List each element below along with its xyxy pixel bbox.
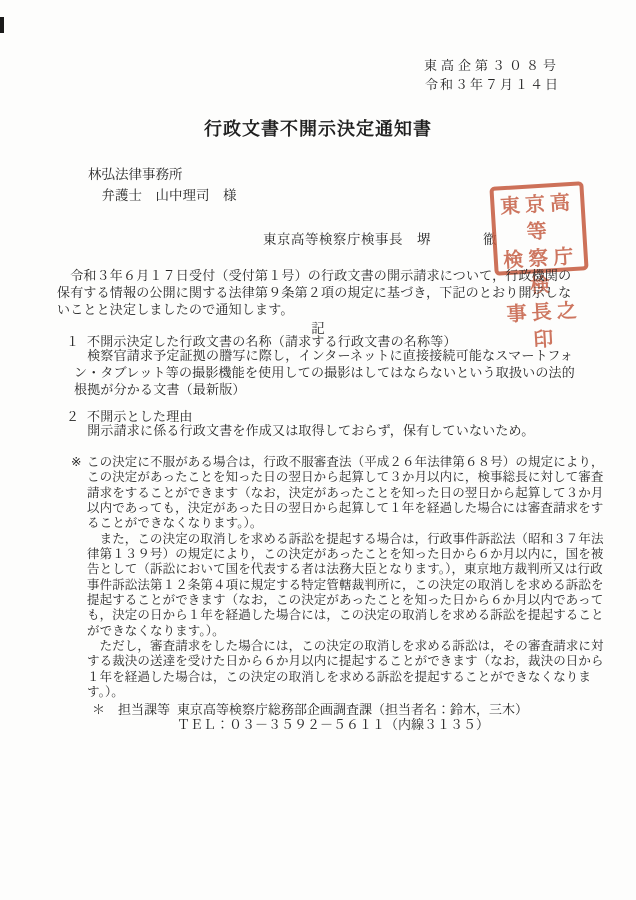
contact-marker: ＊ [92,703,118,733]
doc-date: 令和３年７月１４日 [425,76,560,95]
item-1-body: 検察官請求予定証拠の謄写に際し，インターネットに直接接続可能なスマートフォ ン・… [74,348,575,400]
document-page: 東高企第３０８号 令和３年７月１４日 行政文書不開示決定通知書 林弘法律事務所 … [0,0,636,900]
official-red-seal: 東京高等 検察庁検 事長之印 [489,181,588,276]
doc-number: 東高企第３０８号 [424,57,560,76]
contact-row: ＊ 担当課等 東京高等検察庁総務部企画調査課（担当者名：鈴木，三木）ＴＥＬ：０３… [92,703,528,733]
contact-details: 東京高等検察庁総務部企画調査課（担当者名：鈴木，三木）ＴＥＬ：０３－３５９２－５… [177,703,528,733]
contact-tel: ＴＥＬ：０３－３５９２－５６１１（内線３１３５） [177,718,489,733]
item-2-body: 開示請求に係る行政文書を作成又は取得しておらず，保有していないため。 [74,423,534,440]
scan-artifact [0,17,4,33]
addressee-block: 林弘法律事務所 弁護士 山中理司 様 [88,165,237,207]
appeal-note-text: この決定に不服がある場合は，行政不服審査法（平成２６年法律第６８号）の規定により… [87,454,604,700]
contact-office: 東京高等検察庁総務部企画調査課（担当者名：鈴木，三木） [177,703,528,718]
note-marker: ※ [71,454,81,469]
opening-paragraph: 令和３年６月１７日受付（受付第１号）の行政文書の開示請求について，行政機関の 保… [57,268,571,320]
contact-label: 担当課等 [118,703,177,733]
page-title: 行政文書不開示決定通知書 [0,115,636,141]
sender-title-and-surname: 東京高等検察庁検事長 堺 [263,228,431,248]
